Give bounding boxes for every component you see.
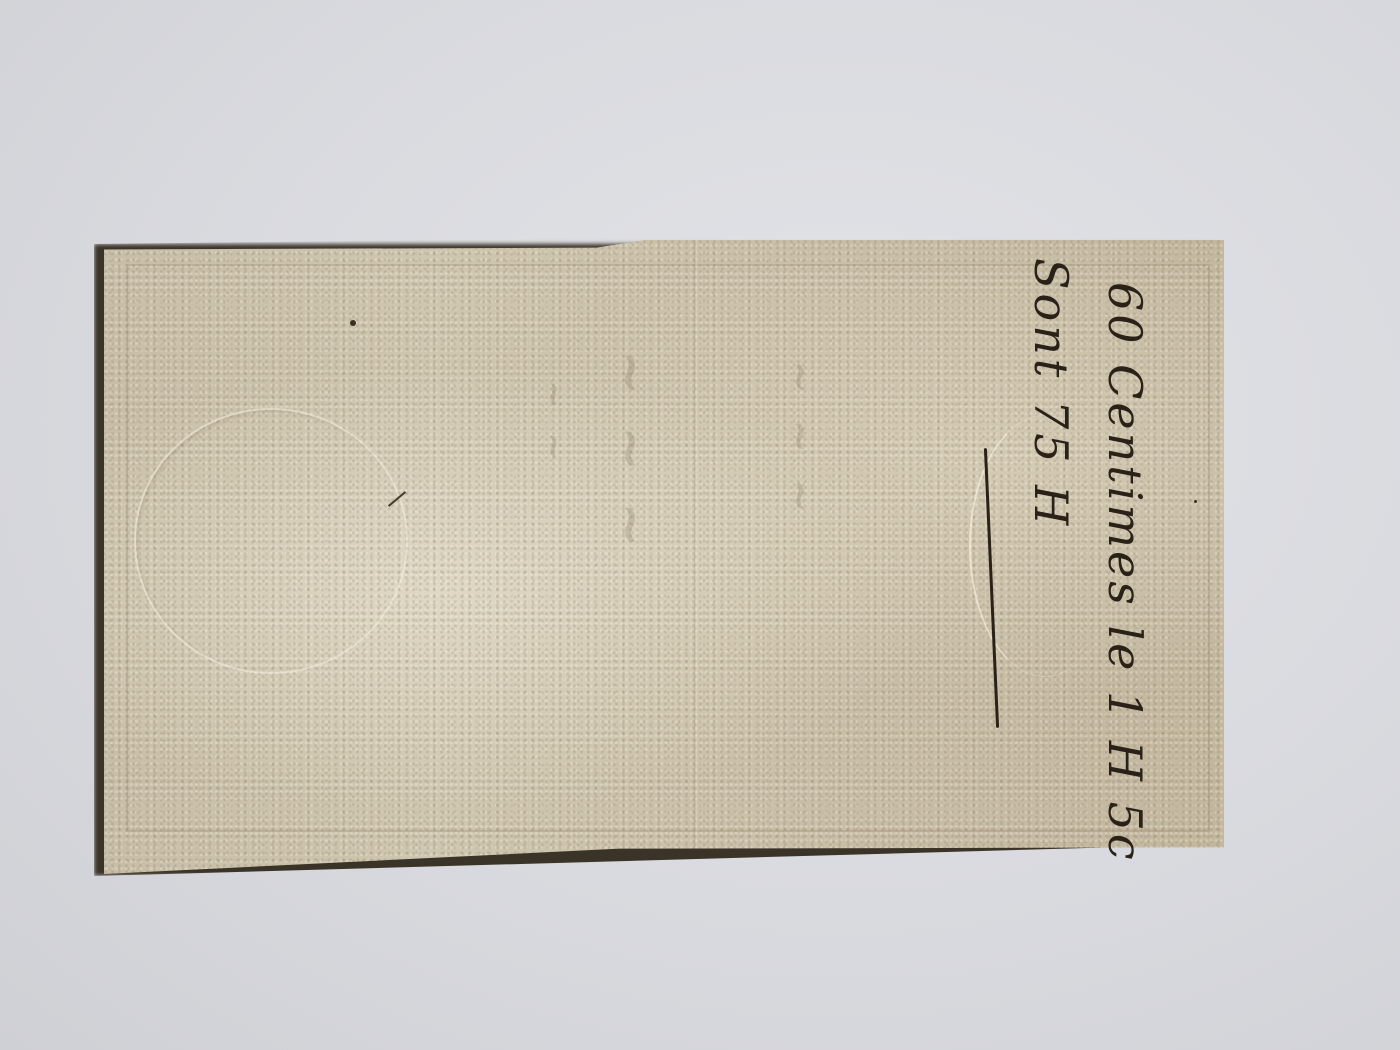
faint-print-right: ~ ~ ~ <box>777 360 824 518</box>
faint-print-center: ~ ~ ~ <box>600 350 664 553</box>
ink-spot <box>350 320 356 326</box>
embossed-seal-left <box>134 408 408 674</box>
center-fold-line <box>694 240 697 874</box>
handwritten-total-line: Sont 75 H <box>1024 258 1078 529</box>
faint-print-left: ~ ~ <box>534 380 574 467</box>
ink-speck <box>1194 500 1197 503</box>
handwritten-price-line: 60 Centimes le 1 H 5c <box>1098 282 1152 863</box>
